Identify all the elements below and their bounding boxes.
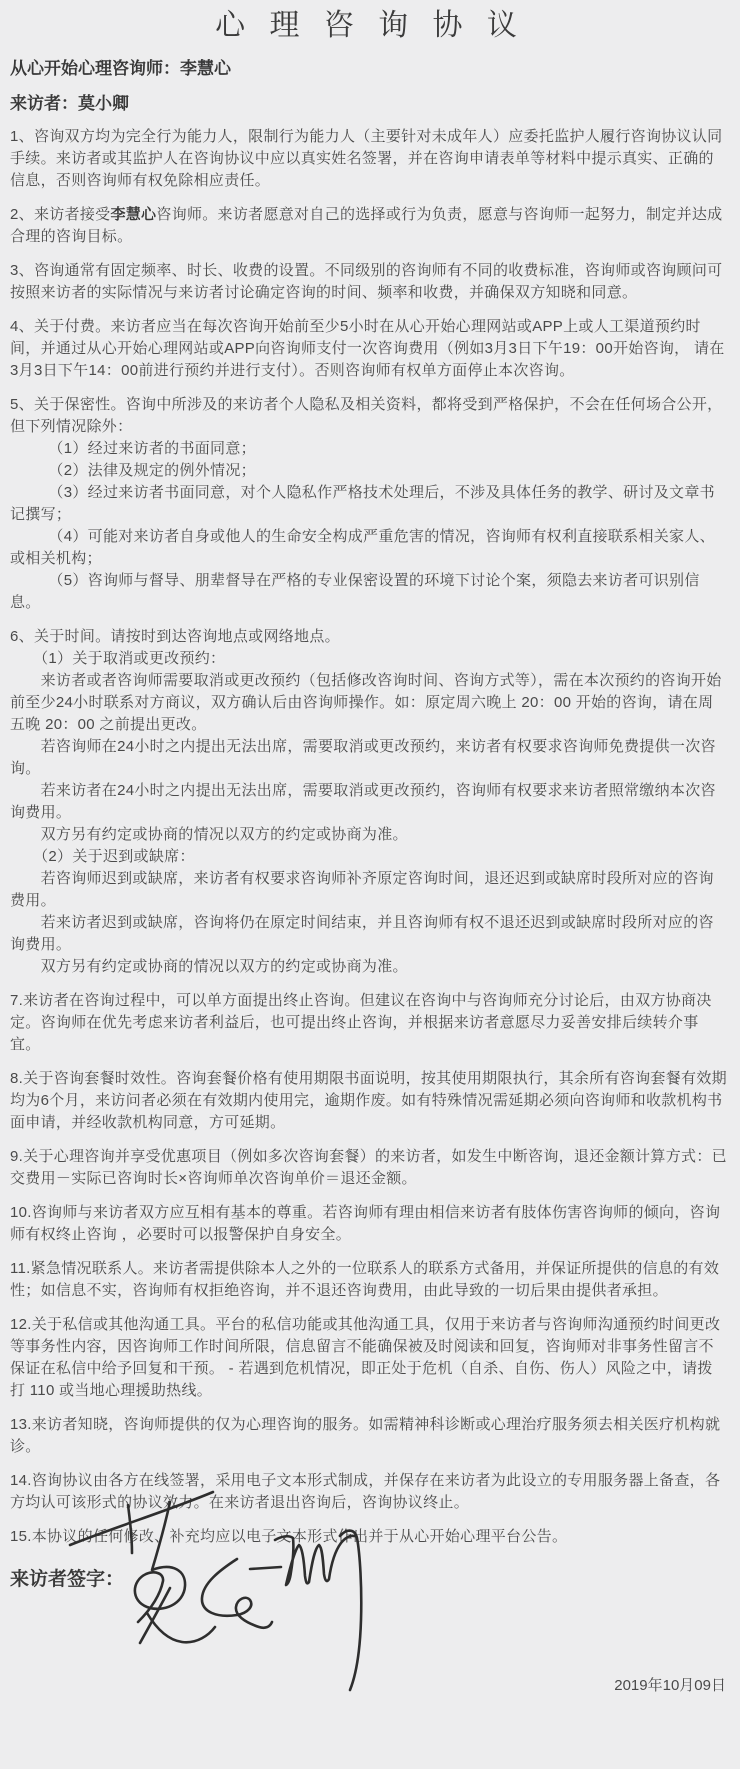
- clause-8: 8.关于咨询套餐时效性。咨询套餐价格有使用期限书面说明，按其使用期限执行，其余所…: [10, 1068, 728, 1134]
- agreement-document: 心 理 咨 询 协 议 从心开始心理咨询师：李慧心 来访者：莫小卿 1、咨询双方…: [0, 0, 740, 1769]
- clause-6: 6、关于时间。请按时到达咨询地点或网络地点。 （1）关于取消或更改预约： 来访者…: [10, 626, 728, 978]
- clause-3: 3、咨询通常有固定频率、时长、收费的设置。不同级别的咨询师有不同的收费标准，咨询…: [10, 260, 728, 304]
- clause-2-prefix: 2、来访者接受: [10, 206, 110, 223]
- clause-11: 11.紧急情况联系人。来访者需提供除本人之外的一位联系人的联系方式备用，并保证所…: [10, 1258, 728, 1302]
- client-handwritten-signature: [58, 1470, 398, 1720]
- clause-7: 7.来访者在咨询过程中，可以单方面提出终止咨询。但建议在咨询中与咨询师充分讨论后…: [10, 990, 728, 1056]
- counselor-name-line: 从心开始心理咨询师：李慧心: [10, 59, 728, 79]
- clause-10: 10.咨询师与来访者双方应互相有基本的尊重。若咨询师有理由相信来访者有肢体伤害咨…: [10, 1202, 728, 1246]
- signature-area: 2019年10月09日: [0, 1452, 740, 1769]
- clause-12: 12.关于私信或其他沟通工具。平台的私信功能或其他沟通工具，仅用于来访者与咨询师…: [10, 1314, 728, 1402]
- client-name-line: 来访者：莫小卿: [10, 94, 728, 114]
- clause-2-counselor-name: 李慧心: [110, 206, 156, 223]
- page-title: 心 理 咨 询 协 议: [10, 8, 728, 44]
- signature-date: 2019年10月09日: [614, 1674, 726, 1695]
- clause-2: 2、来访者接受李慧心咨询师。来访者愿意对自己的选择或行为负责，愿意与咨询师一起努…: [10, 204, 728, 248]
- clause-9: 9.关于心理咨询并享受优惠项目（例如多次咨询套餐）的来访者，如发生中断咨询，退还…: [10, 1146, 728, 1190]
- clause-4: 4、关于付费。来访者应当在每次咨询开始前至少5小时在从心开始心理网站或APP上或…: [10, 316, 728, 382]
- clause-1: 1、咨询双方均为完全行为能力人，限制行为能力人（主要针对未成年人）应委托监护人履…: [10, 126, 728, 192]
- clause-5: 5、关于保密性。咨询中所涉及的来访者个人隐私及相关资料，都将受到严格保护，不会在…: [10, 394, 728, 614]
